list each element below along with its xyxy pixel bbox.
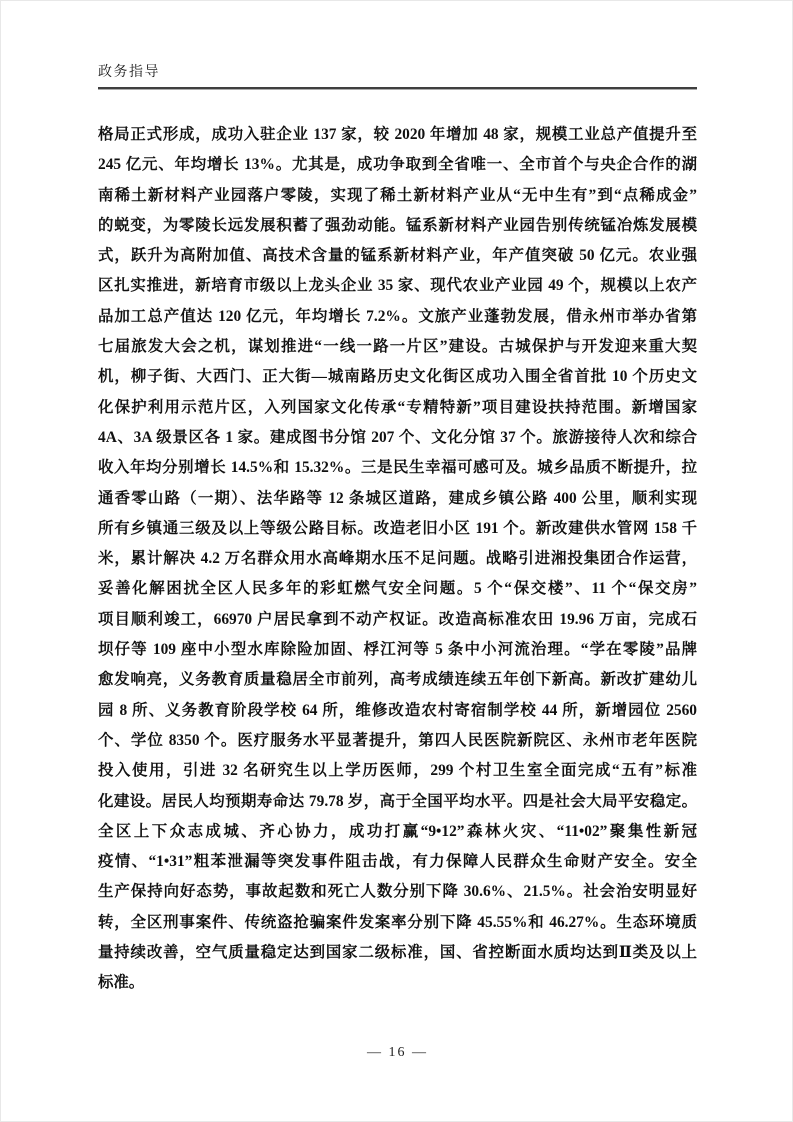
- text-line: 区扎实推进，新培育市级以上龙头企业 35 家、现代农业产业园 49 个，规模以上…: [98, 271, 697, 301]
- text-line: 坝仔等 109 座中小型水库除险加固、桴江河等 5 条中小河流治理。“学在零陵”…: [98, 635, 697, 665]
- text-line: 245 亿元、年均增长 13%。尤其是，成功争取到全省唯一、全市首个与央企合作的…: [98, 150, 697, 180]
- document-page: 政务指导 格局正式形成，成功入驻企业 137 家，较 2020 年增加 48 家…: [0, 0, 793, 1122]
- page-header: 政务指导: [98, 64, 697, 90]
- text-line: 疫情、“1•31”粗苯泄漏等突发事件阻击战，有力保障人民群众生命财产安全。安全: [98, 847, 697, 877]
- body-paragraph: 格局正式形成，成功入驻企业 137 家，较 2020 年增加 48 家，规模工业…: [98, 120, 697, 999]
- text-line: 投入使用，引进 32 名研究生以上学历医师，299 个村卫生室全面完成“五有”标…: [98, 756, 697, 786]
- text-line: 通香零山路（一期）、法华路等 12 条城区道路，建成乡镇公路 400 公里，顺利…: [98, 484, 697, 514]
- text-line: 园 8 所、义务教育阶段学校 64 所，维修改造农村寄宿制学校 44 所，新增园…: [98, 696, 697, 726]
- text-line: 所有乡镇通三级及以上等级公路目标。改造老旧小区 191 个。新改建供水管网 15…: [98, 514, 697, 544]
- text-line: 南稀土新材料产业园落户零陵，实现了稀土新材料产业从“无中生有”到“点稀成金”: [98, 181, 697, 211]
- text-line: 量持续改善，空气质量稳定达到国家二级标准，国、省控断面水质均达到Ⅱ类及以上: [98, 938, 697, 968]
- text-line: 愈发响亮，义务教育质量稳居全市前列，高考成绩连续五年创下新高。新改扩建幼儿: [98, 665, 697, 695]
- text-line: 生产保持向好态势，事故起数和死亡人数分别下降 30.6%、21.5%。社会治安明…: [98, 877, 697, 907]
- text-line: 项目顺利竣工，66970 户居民拿到不动产权证。改造高标准农田 19.96 万亩…: [98, 605, 697, 635]
- text-line: 收入年均分别增长 14.5%和 15.32%。三是民生幸福可感可及。城乡品质不断…: [98, 453, 697, 483]
- page-footer: — 16 —: [1, 1043, 793, 1061]
- text-line: 转，全区刑事案件、传统盗抢骗案件发案率分别下降 45.55%和 46.27%。生…: [98, 908, 697, 938]
- text-line: 式，跃升为高附加值、高技术含量的锰系新材料产业，年产值突破 50 亿元。农业强: [98, 241, 697, 271]
- text-line: 化保护利用示范片区，入列国家文化传承“专精特新”项目建设扶持范围。新增国家: [98, 393, 697, 423]
- text-line: 标准。: [98, 968, 697, 998]
- text-line: 妥善化解困扰全区人民多年的彩虹燃气安全问题。5 个“保交楼”、11 个“保交房”: [98, 574, 697, 604]
- text-line: 格局正式形成，成功入驻企业 137 家，较 2020 年增加 48 家，规模工业…: [98, 120, 697, 150]
- text-line: 个、学位 8350 个。医疗服务水平显著提升，第四人民医院新院区、永州市老年医院: [98, 726, 697, 756]
- text-line: 机，柳子街、大西门、正大街—城南路历史文化街区成功入围全省首批 10 个历史文: [98, 362, 697, 392]
- text-line: 4A、3A 级景区各 1 家。建成图书分馆 207 个、文化分馆 37 个。旅游…: [98, 423, 697, 453]
- text-line: 的蜕变，为零陵长远发展积蓄了强劲动能。锰系新材料产业园告别传统锰冶炼发展模: [98, 211, 697, 241]
- text-line: 品加工总产值达 120 亿元，年均增长 7.2%。文旅产业蓬勃发展，借永州市举办…: [98, 302, 697, 332]
- text-line: 化建设。居民人均预期寿命达 79.78 岁，高于全国平均水平。四是社会大局平安稳…: [98, 787, 697, 817]
- text-line: 米，累计解决 4.2 万名群众用水高峰期水压不足问题。战略引进湘投集团合作运营，: [98, 544, 697, 574]
- text-line: 全区上下众志成城、齐心协力，成功打赢“9•12”森林火灾、“11•02”聚集性新…: [98, 817, 697, 847]
- footer-page-number: — 16 —: [367, 1045, 428, 1060]
- header-title: 政务指导: [98, 64, 697, 82]
- header-divider: [98, 87, 697, 90]
- text-line: 七届旅发大会之机，谋划推进“一线一路一片区”建设。古城保护与开发迎来重大契: [98, 332, 697, 362]
